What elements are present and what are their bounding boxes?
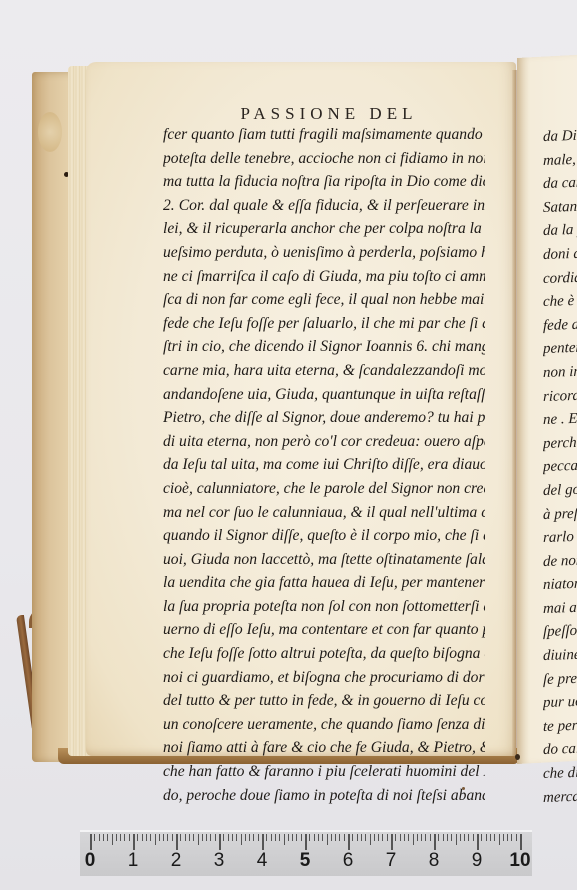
ruler-tick xyxy=(189,834,190,841)
ruler-tick xyxy=(430,834,431,841)
ruler-tick xyxy=(447,834,448,841)
ruler-tick xyxy=(421,834,422,841)
binding-stain xyxy=(38,112,62,152)
text-line: Satana t xyxy=(543,195,577,221)
ruler-tick xyxy=(378,834,379,841)
ruler-tick xyxy=(511,834,512,841)
right-page-clip: da Dio,male, ò fda cantoSatana tda la pe… xyxy=(517,0,577,890)
ruler-tick xyxy=(477,834,479,850)
ruler-label: 2 xyxy=(171,850,182,872)
text-line: del go xyxy=(543,478,577,504)
ruler-tick xyxy=(236,834,237,841)
ruler-tick xyxy=(464,834,465,841)
ruler-tick xyxy=(357,834,358,841)
scan-scene: da Dio,male, ò fda cantoSatana tda la pe… xyxy=(0,0,577,890)
ruler-tick xyxy=(120,834,121,841)
ruler-tick xyxy=(271,834,272,841)
text-line: da Ieſu tal uita, ma come iui Chriſto di… xyxy=(163,453,485,477)
text-line: noi ſiamo atti à fare & cio che fe Giuda… xyxy=(163,736,485,760)
ruler-tick xyxy=(507,834,508,841)
ruler-tick xyxy=(99,834,100,841)
ruler-tick xyxy=(159,834,160,841)
ruler-tick xyxy=(223,834,224,841)
text-line: peccat xyxy=(543,454,577,480)
ruler-tick xyxy=(296,834,297,841)
ruler-tick xyxy=(352,834,353,841)
text-line: di uita eterna, non però co'l cor credeu… xyxy=(163,430,485,454)
ruler-tick xyxy=(520,834,522,850)
text-line: la ſua propria poteſta non ſol con non ſ… xyxy=(163,595,485,619)
ruler-tick xyxy=(434,834,436,850)
text-line: uoi, Giuda non laccettò, ma ſtette oſtin… xyxy=(163,548,485,572)
text-line: male, ò f xyxy=(543,148,577,174)
text-line: che Ieſu foſſe ſotto altrui poteſta, da … xyxy=(163,642,485,666)
ruler-tick xyxy=(193,834,194,841)
ruler-tick xyxy=(180,834,181,841)
text-line: à preſe xyxy=(543,501,577,527)
ruler-tick xyxy=(503,834,504,841)
ruler-tick xyxy=(468,834,469,841)
ruler-tick xyxy=(395,834,396,841)
ruler-label: 4 xyxy=(257,850,268,872)
text-line: lei, & il ricuperarla anchor che per col… xyxy=(163,217,485,241)
ruler-tick xyxy=(94,834,95,841)
ruler-tick xyxy=(245,834,246,841)
ruler-tick xyxy=(438,834,439,841)
ruler-label: 8 xyxy=(429,850,440,872)
text-line: ma nel cor ſuo le calunniaua, & il qual … xyxy=(163,501,485,525)
ruler-tick xyxy=(137,834,138,841)
ruler-tick xyxy=(374,834,375,841)
ruler-tick xyxy=(365,834,366,841)
text-line: quando il Signor diſſe, queſto è il corp… xyxy=(163,524,485,548)
ruler-tick xyxy=(253,834,254,841)
text-line: noi ci guardiamo, et biſogna che procuri… xyxy=(163,666,485,690)
ruler-tick xyxy=(279,834,280,841)
ruler-tick xyxy=(249,834,250,841)
ruler-tick xyxy=(107,834,108,841)
ruler-tick xyxy=(443,834,444,841)
ruler-tick xyxy=(348,834,350,850)
ruler-tick xyxy=(387,834,388,841)
ruler-tick xyxy=(275,834,276,841)
ruler-label: 0 xyxy=(85,850,96,872)
text-line: cioè, calunniatore, che le parole del Si… xyxy=(163,477,485,501)
ruler-tick xyxy=(417,834,418,841)
ruler-tick xyxy=(176,834,178,850)
text-line: ma tutta la fiducia noſtra ſia ripoſta i… xyxy=(163,170,485,194)
ruler-tick xyxy=(241,834,242,845)
ruler-tick xyxy=(314,834,315,841)
ruler-label: 7 xyxy=(386,850,397,872)
ruler-tick xyxy=(202,834,203,841)
ruler-tick xyxy=(516,834,517,841)
text-line: andandoſene uia, Giuda, quantunque in ui… xyxy=(163,383,485,407)
ruler-tick xyxy=(382,834,383,841)
text-line: do cal xyxy=(543,737,577,763)
ruler-tick xyxy=(451,834,452,841)
ruler-tick xyxy=(146,834,147,841)
text-line: uerno di eſſo Ieſu, ma contentare et con… xyxy=(163,618,485,642)
text-line: ſe preſe xyxy=(543,667,577,693)
text-line: non in xyxy=(543,360,577,386)
ruler-tick xyxy=(232,834,233,841)
ruler-tick xyxy=(391,834,393,850)
text-line: fede che Ieſu foſſe per ſaluarlo, il che… xyxy=(163,312,485,336)
ruler-tick xyxy=(90,834,92,850)
ruler-tick xyxy=(490,834,491,841)
ruler-tick xyxy=(481,834,482,841)
scale-ruler: 012345678910 xyxy=(80,830,532,876)
text-line: diuine, xyxy=(543,643,577,669)
text-line: ſca di non far come egli fece, il qual n… xyxy=(163,288,485,312)
ruler-tick xyxy=(116,834,117,841)
ruler-label: 9 xyxy=(472,850,483,872)
text-line: che han fatto & faranno i piu ſcelerati … xyxy=(163,760,485,784)
text-line: do, peroche doue ſiamo in poteſta di noi… xyxy=(163,784,485,808)
ruler-tick xyxy=(150,834,151,841)
ruler-tick xyxy=(335,834,336,841)
ruler-tick xyxy=(133,834,135,850)
ruler-tick xyxy=(155,834,156,845)
ruler-tick xyxy=(172,834,173,841)
text-line: perche xyxy=(543,431,577,457)
ruler-tick xyxy=(309,834,310,841)
text-line: rarlo q xyxy=(543,525,577,551)
text-line: 2. Cor. dal quale & eſſa fiducia, & il p… xyxy=(163,194,485,218)
text-line: ricordi xyxy=(543,383,577,409)
text-line: mai acc xyxy=(543,596,577,622)
ruler-tick xyxy=(327,834,328,845)
ruler-tick xyxy=(288,834,289,841)
text-line: fede alle xyxy=(543,313,577,339)
ruler-tick xyxy=(258,834,259,841)
ruler-tick xyxy=(318,834,319,841)
text-line: del tutto & per tutto in fede, & in goue… xyxy=(163,689,485,713)
ruler-label: 6 xyxy=(343,850,354,872)
right-page-text: da Dio,male, ò fda cantoSatana tda la pe… xyxy=(543,124,577,810)
text-line: un conoſcere ueramente, che quando ſiamo… xyxy=(163,713,485,737)
text-line: carne mia, hara uita eterna, & ſcandalez… xyxy=(163,359,485,383)
text-line: ſpeſſo C xyxy=(543,619,577,645)
ruler-tick xyxy=(499,834,500,845)
ruler-tick xyxy=(103,834,104,841)
text-line: niatore xyxy=(543,572,577,598)
ruler-tick xyxy=(142,834,143,841)
text-line: che è de xyxy=(543,289,577,315)
text-line: da canto xyxy=(543,171,577,197)
text-line: da Dio, xyxy=(543,124,577,150)
ruler-tick xyxy=(322,834,323,841)
text-line: ſtri in cio, che dicendo il Signor Ioann… xyxy=(163,335,485,359)
ruler-tick xyxy=(404,834,405,841)
ruler-tick xyxy=(361,834,362,841)
ruler-tick xyxy=(425,834,426,841)
text-line: Pietro, che diſſe al Signor, doue andere… xyxy=(163,406,485,430)
ruler-tick xyxy=(198,834,199,845)
ruler-tick xyxy=(301,834,302,841)
debris-spot xyxy=(462,787,465,790)
text-line: poteſta delle tenebre, accioche non ci f… xyxy=(163,147,485,171)
ruler-tick xyxy=(494,834,495,841)
ruler-tick xyxy=(284,834,285,845)
text-line: merca xyxy=(543,785,577,811)
ruler-tick xyxy=(400,834,401,841)
text-line: ne ci ſmarriſca il caſo di Giuda, ma piu… xyxy=(163,265,485,289)
text-line: penten xyxy=(543,336,577,362)
ruler-label: 5 xyxy=(300,850,311,872)
ruler-tick xyxy=(408,834,409,841)
text-line: doni di I xyxy=(543,242,577,268)
ruler-tick xyxy=(473,834,474,841)
ruler-tick xyxy=(185,834,186,841)
text-line: che di xyxy=(543,761,577,787)
text-line: fcer quanto ſiam tutti fragili maſsimame… xyxy=(163,123,485,147)
ruler-tick xyxy=(210,834,211,841)
ruler-tick xyxy=(228,834,229,841)
ruler-tick xyxy=(129,834,130,841)
ruler-tick xyxy=(215,834,216,841)
ruler-tick xyxy=(266,834,267,841)
debris-spot xyxy=(515,754,520,760)
ruler-label: 3 xyxy=(214,850,225,872)
ruler-tick xyxy=(124,834,125,841)
ruler-label: 10 xyxy=(509,850,530,872)
text-line: te però xyxy=(543,714,577,740)
ruler-tick xyxy=(206,834,207,841)
ruler-tick xyxy=(344,834,345,841)
ruler-tick xyxy=(262,834,264,850)
ruler-label: 1 xyxy=(128,850,139,872)
ruler-tick xyxy=(331,834,332,841)
text-line: de non xyxy=(543,549,577,575)
text-line: ne . E xyxy=(543,407,577,433)
text-line: ueſsimo perduta, ò uenisſimo à perderla,… xyxy=(163,241,485,265)
left-page-text: fcer quanto ſiam tutti fragili maſsimame… xyxy=(163,123,485,807)
ruler-tick xyxy=(456,834,457,845)
ruler-tick xyxy=(305,834,307,850)
text-line: da la pe xyxy=(543,218,577,244)
ruler-tick xyxy=(413,834,414,845)
text-line: pur uo xyxy=(543,690,577,716)
running-head: PASSIONE DEL xyxy=(86,104,544,124)
ruler-tick xyxy=(370,834,371,845)
ruler-tick xyxy=(167,834,168,841)
ruler-tick xyxy=(292,834,293,841)
ruler-tick xyxy=(486,834,487,841)
ruler-tick xyxy=(460,834,461,841)
text-line: la uendita che gia fatta haueа di Ieſu, … xyxy=(163,571,485,595)
ruler-tick xyxy=(339,834,340,841)
ruler-tick xyxy=(219,834,221,850)
ruler-tick xyxy=(112,834,113,845)
ruler-tick xyxy=(163,834,164,841)
text-line: cordia c xyxy=(543,266,577,292)
